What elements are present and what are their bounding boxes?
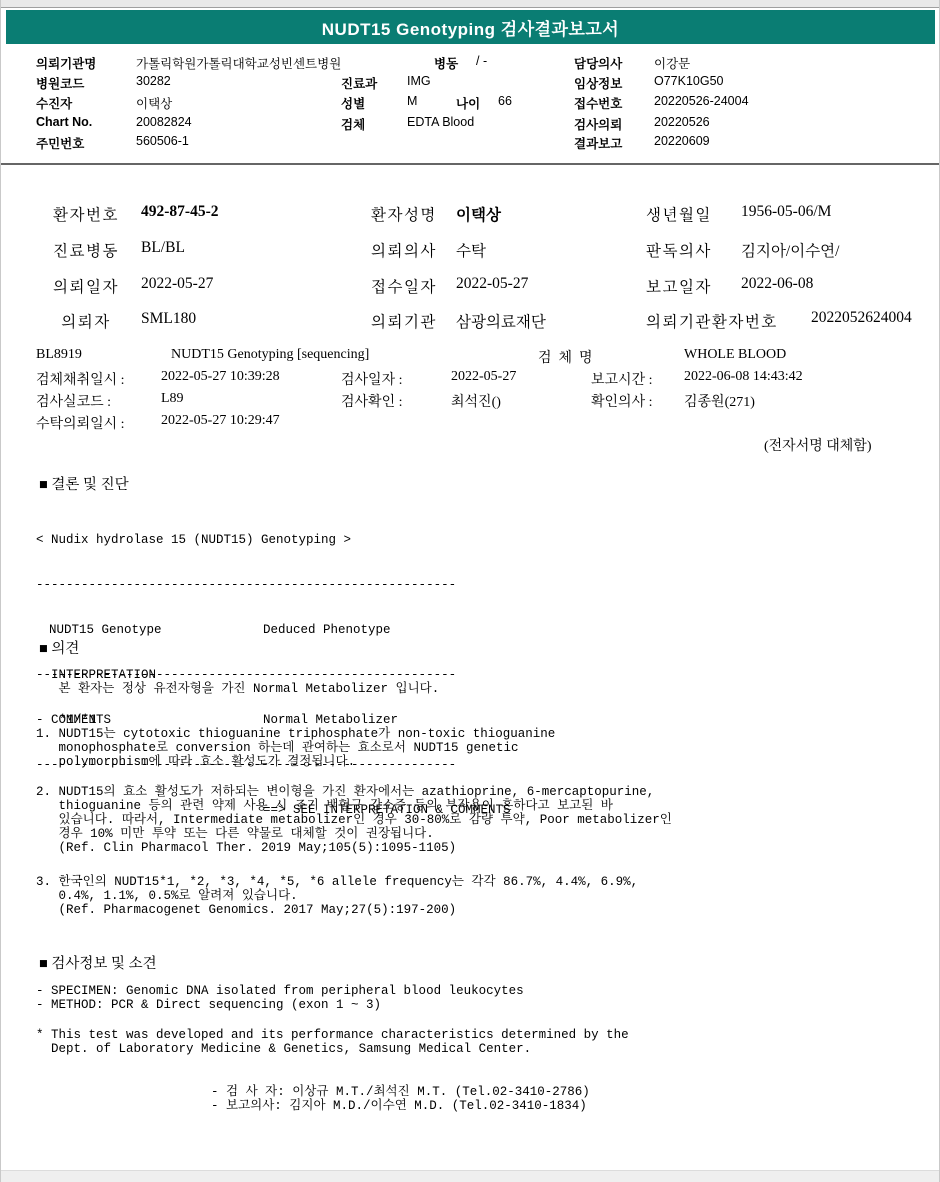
value-test-date: 2022-05-27 — [451, 369, 516, 385]
value-outsource-request-datetime: 2022-05-27 10:29:47 — [161, 413, 280, 429]
value-report-date: 2022-06-08 — [741, 275, 813, 293]
examiner-reporter-lines: - 검 사 자: 이상규 M.T./최석진 M.T. (Tel.02-3410-… — [211, 1085, 590, 1113]
field-label-sex: 성별 — [341, 94, 365, 112]
table-header-row: NUDT15 Genotype Deduced Phenotype — [36, 623, 456, 638]
header-divider-line — [1, 163, 940, 165]
value-requester: SML180 — [141, 310, 196, 328]
field-value-age: 66 — [498, 94, 512, 108]
development-note: * This test was developed and its perfor… — [36, 1028, 629, 1056]
value-org-patient-no: 2022052624004 — [811, 310, 911, 325]
value-care-ward: BL/BL — [141, 239, 185, 257]
field-value-hospital-code: 30282 — [136, 74, 171, 88]
label-referring-doctor: 의뢰의사 — [371, 239, 437, 261]
field-value-department: IMG — [407, 74, 431, 88]
admin-header: 의뢰기관명 가톨릭학원가톨릭대학교성빈센트병원 병동 / - 담당의사 이강문 … — [1, 54, 940, 158]
value-patient-no: 492-87-45-2 — [141, 203, 219, 221]
field-label-test-request-date: 검사의뢰 — [574, 115, 622, 133]
value-report-time: 2022-06-08 14:43:42 — [684, 369, 803, 385]
label-care-ward: 진료병동 — [31, 239, 141, 261]
field-label-accession-no: 접수번호 — [574, 94, 622, 112]
esign-note: (전자서명 대체함) — [764, 435, 872, 455]
admin-row: 병원코드 30282 진료과 IMG 임상정보 O77K10G50 — [1, 74, 940, 91]
label-birthdate: 생년월일 — [646, 203, 712, 225]
lab-report-page: NUDT15 Genotyping 검사결과보고서 의뢰기관명 가톨릭학원가톨릭… — [0, 0, 940, 1182]
field-value-clinical-info: O77K10G50 — [654, 74, 724, 88]
label-confirming-doctor: 확인의사 : — [591, 391, 653, 411]
label-collected-datetime: 검체채취일시 : — [36, 369, 125, 389]
field-label-specimen: 검체 — [341, 115, 365, 133]
comment-2: 2. NUDT15의 효소 활성도가 저하되는 변이형을 가진 환자에서는 az… — [36, 785, 672, 855]
label-requester: 의뢰자 — [31, 310, 141, 332]
admin-row: Chart No. 20082824 검체 EDTA Blood 검사의뢰 20… — [1, 115, 940, 132]
test-row: BL8919 NUDT15 Genotyping [sequencing] 검 … — [1, 347, 940, 367]
test-row: (전자서명 대체함) — [1, 435, 940, 455]
value-request-date: 2022-05-27 — [141, 275, 213, 293]
field-label-clinical-info: 임상정보 — [574, 74, 622, 92]
top-edge-strip — [1, 0, 939, 8]
test-code: BL8919 — [36, 347, 82, 363]
comment-3: 3. 한국인의 NUDT15*1, *2, *3, *4, *5, *6 all… — [36, 875, 638, 917]
section-heading-conclusion: ■ 결론 및 진단 — [39, 473, 129, 494]
field-label-result-report-date: 결과보고 — [574, 134, 622, 152]
interpretation-text: - INTERPRETATION 본 환자는 정상 유전자형을 가진 Norma… — [36, 668, 439, 696]
field-label-resident-no: 주민번호 — [36, 134, 84, 152]
label-report-date: 보고일자 — [646, 275, 712, 297]
phenotype-column-header: Deduced Phenotype — [263, 623, 391, 638]
value-reading-doctor: 김지아/이수연/ — [741, 239, 839, 261]
field-label-attending-doctor: 담당의사 — [574, 54, 622, 72]
table-divider: ----------------------------------------… — [36, 578, 456, 593]
patient-row: 의뢰일자 2022-05-27 접수일자 2022-05-27 보고일자 202… — [1, 275, 940, 297]
field-label-requesting-org: 의뢰기관명 — [36, 54, 96, 72]
field-label-patient: 수진자 — [36, 94, 72, 112]
field-value-specimen: EDTA Blood — [407, 115, 474, 129]
field-value-test-request-date: 20220526 — [654, 115, 710, 129]
field-label-hospital-code: 병원코드 — [36, 74, 84, 92]
field-value-attending-doctor: 이강문 — [654, 54, 690, 72]
field-value-accession-no: 20220526-24004 — [654, 94, 749, 108]
label-receipt-date: 접수일자 — [371, 275, 437, 297]
value-lab-code: L89 — [161, 391, 184, 407]
label-reading-doctor: 판독의사 — [646, 239, 712, 261]
field-value-result-report-date: 20220609 — [654, 134, 710, 148]
field-label-chart-no: Chart No. — [36, 115, 92, 129]
label-lab-code: 검사실코드 : — [36, 391, 111, 411]
label-patient-name: 환자성명 — [371, 203, 437, 225]
test-row: 검체채취일시 : 2022-05-27 10:39:28 검사일자 : 2022… — [1, 369, 940, 389]
bottom-edge-strip — [1, 1170, 939, 1182]
phenotype-value: Normal Metabolizer — [263, 713, 398, 728]
label-test-date: 검사일자 : — [341, 369, 403, 389]
value-birthdate: 1956-05-06/M — [741, 203, 831, 221]
test-row: 검사실코드 : L89 검사확인 : 최석진() 확인의사 : 김종원(271) — [1, 391, 940, 411]
section-heading-test-info: ■ 검사정보 및 소견 — [39, 952, 157, 973]
field-value-chart-no: 20082824 — [136, 115, 192, 129]
comments-title: - COMMENTS — [36, 713, 111, 727]
admin-row: 주민번호 560506-1 결과보고 20220609 — [1, 134, 940, 151]
field-value-requesting-org: 가톨릭학원가톨릭대학교성빈센트병원 — [136, 54, 341, 72]
field-label-age: 나이 — [456, 94, 480, 112]
field-value-resident-no: 560506-1 — [136, 134, 189, 148]
label-outsource-request-datetime: 수탁의뢰일시 : — [36, 413, 125, 433]
value-test-verified-by: 최석진() — [451, 391, 501, 411]
test-name: NUDT15 Genotyping [sequencing] — [171, 347, 369, 363]
field-label-ward: 병동 — [434, 54, 458, 72]
conclusion-subtitle: < Nudix hydrolase 15 (NUDT15) Genotyping… — [36, 533, 456, 548]
test-row: 수탁의뢰일시 : 2022-05-27 10:29:47 — [1, 413, 940, 433]
patient-row: 환자번호 492-87-45-2 환자성명 이택상 생년월일 1956-05-0… — [1, 203, 940, 225]
value-patient-name: 이택상 — [456, 203, 501, 225]
field-value-ward: / - — [476, 54, 487, 68]
label-report-time: 보고시간 : — [591, 369, 653, 389]
label-patient-no: 환자번호 — [31, 203, 141, 225]
patient-row: 진료병동 BL/BL 의뢰의사 수탁 판독의사 김지아/이수연/ — [1, 239, 940, 261]
value-confirming-doctor: 김종원(271) — [684, 391, 755, 411]
value-receipt-date: 2022-05-27 — [456, 275, 528, 293]
value-referring-doctor: 수탁 — [456, 239, 486, 261]
comment-1: 1. NUDT15는 cytotoxic thioguanine triphos… — [36, 727, 555, 769]
value-specimen-name: WHOLE BLOOD — [684, 347, 786, 363]
section-heading-opinion: ■ 의견 — [39, 637, 79, 658]
field-label-department: 진료과 — [341, 74, 377, 92]
value-collected-datetime: 2022-05-27 10:39:28 — [161, 369, 280, 385]
genotype-column-header: NUDT15 Genotype — [49, 623, 162, 638]
label-requesting-org: 의뢰기관 — [371, 310, 437, 332]
label-test-verified-by: 검사확인 : — [341, 391, 403, 411]
specimen-method-text: - SPECIMEN: Genomic DNA isolated from pe… — [36, 984, 524, 1012]
label-request-date: 의뢰일자 — [31, 275, 141, 297]
field-value-sex: M — [407, 94, 417, 108]
report-title-banner: NUDT15 Genotyping 검사결과보고서 — [6, 10, 935, 44]
admin-row: 수진자 이택상 성별 M 나이 66 접수번호 20220526-24004 — [1, 94, 940, 111]
admin-row: 의뢰기관명 가톨릭학원가톨릭대학교성빈센트병원 병동 / - 담당의사 이강문 — [1, 54, 940, 71]
label-specimen-name: 검 체 명 — [538, 347, 593, 367]
label-org-patient-no: 의뢰기관환자번호 — [646, 310, 778, 332]
patient-row: 의뢰자 SML180 의뢰기관 삼광의료재단 의뢰기관환자번호 20220526… — [1, 310, 940, 332]
field-value-patient: 이택상 — [136, 94, 172, 112]
report-title: NUDT15 Genotyping 검사결과보고서 — [322, 15, 619, 40]
value-requesting-org: 삼광의료재단 — [456, 310, 546, 332]
